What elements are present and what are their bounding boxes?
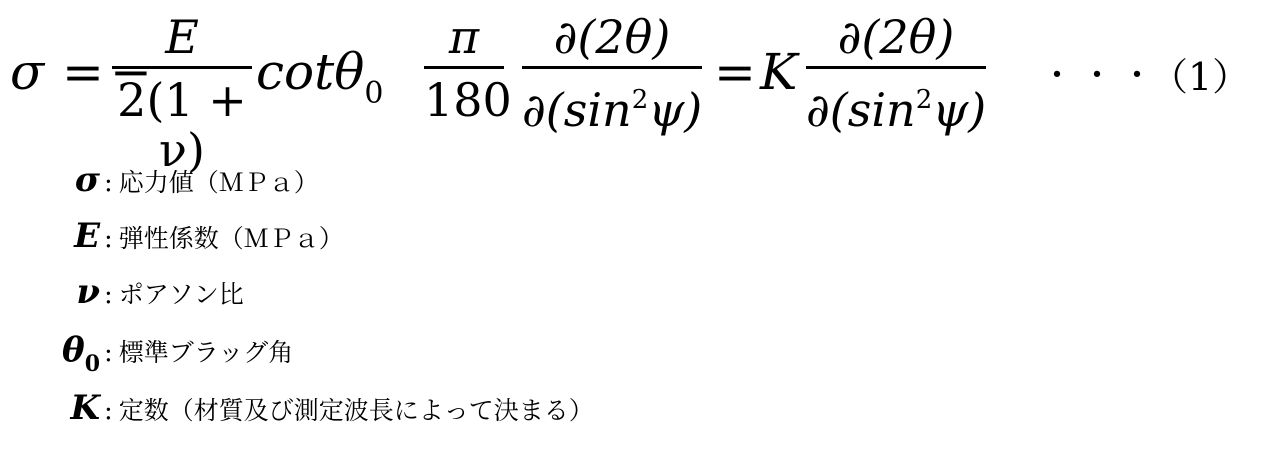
symbol-text: K bbox=[70, 388, 100, 428]
fraction-bar bbox=[522, 66, 702, 69]
fraction-bar bbox=[806, 66, 986, 69]
definition-sigma: σ:応力値（ＭＰａ） bbox=[0, 160, 319, 200]
definition-nu: ν:ポアソン比 bbox=[0, 272, 244, 312]
colon: : bbox=[104, 396, 113, 426]
symbol-sigma: σ bbox=[0, 160, 100, 200]
definition-text: 標準ブラッグ角 bbox=[119, 338, 294, 367]
equation-number: （1） bbox=[1150, 46, 1250, 101]
fraction-pi-over-180: π 180 bbox=[424, 12, 504, 125]
theta-subscript: 0 bbox=[364, 76, 383, 111]
fraction-bar bbox=[424, 66, 504, 69]
numerator-e: E bbox=[112, 12, 252, 62]
fraction-e-over-nu: E 2(1 + ν) bbox=[112, 12, 252, 175]
denominator-180: 180 bbox=[424, 75, 504, 125]
colon: : bbox=[104, 280, 113, 310]
definition-theta0: θ0:標準ブラッグ角 bbox=[0, 330, 293, 377]
equation-1: σ = − E 2(1 + ν) cotθ0 π 180 ∂(2θ) ∂(sin… bbox=[0, 0, 1261, 150]
numerator-d2theta: ∂(2θ) bbox=[522, 12, 702, 62]
colon: : bbox=[104, 338, 113, 368]
den-post: ψ) bbox=[648, 83, 702, 137]
numerator-pi: π bbox=[424, 12, 504, 62]
definition-e: E:弾性係数（ＭＰａ） bbox=[0, 216, 344, 256]
equals-sign-2: = bbox=[714, 44, 756, 100]
symbol-e: E bbox=[0, 216, 100, 256]
cot-theta-text: cotθ bbox=[256, 43, 364, 101]
symbol-text: σ bbox=[75, 160, 100, 200]
fraction-bar bbox=[112, 66, 252, 69]
symbol-k: K bbox=[0, 388, 100, 428]
equals-sign: = bbox=[62, 44, 104, 100]
fraction-derivative-1: ∂(2θ) ∂(sin2ψ) bbox=[522, 12, 702, 135]
colon: : bbox=[104, 168, 113, 198]
symbol-theta0: θ0 bbox=[0, 330, 100, 377]
numerator-d2theta: ∂(2θ) bbox=[806, 12, 986, 62]
den-pre: ∂(sin bbox=[522, 83, 632, 137]
definition-text: ポアソン比 bbox=[119, 280, 244, 309]
fraction-derivative-2: ∂(2θ) ∂(sin2ψ) bbox=[806, 12, 986, 135]
cot-theta-term: cotθ0 bbox=[256, 44, 383, 122]
colon: : bbox=[104, 224, 113, 254]
denominator-dsin2psi: ∂(sin2ψ) bbox=[522, 75, 702, 135]
symbol-text: E bbox=[74, 216, 100, 256]
ellipsis-dots: ・・・ bbox=[1040, 48, 1160, 97]
definition-text: 弾性係数（ＭＰａ） bbox=[119, 224, 344, 253]
definition-k: K:定数（材質及び測定波長によって決まる） bbox=[0, 388, 594, 428]
symbol-subscript: 0 bbox=[85, 351, 100, 377]
definition-text: 定数（材質及び測定波長によって決まる） bbox=[119, 396, 594, 425]
symbol-nu: ν bbox=[0, 272, 100, 312]
constant-k: K bbox=[760, 44, 797, 100]
den-sup: 2 bbox=[916, 85, 933, 115]
den-post: ψ) bbox=[932, 83, 986, 137]
den-pre: ∂(sin bbox=[806, 83, 916, 137]
definition-text: 応力値（ＭＰａ） bbox=[119, 168, 319, 197]
den-sup: 2 bbox=[632, 85, 649, 115]
sigma-symbol: σ bbox=[10, 44, 44, 100]
symbol-text: ν bbox=[76, 272, 100, 312]
symbol-text: θ bbox=[62, 330, 85, 370]
denominator-dsin2psi: ∂(sin2ψ) bbox=[806, 75, 986, 135]
